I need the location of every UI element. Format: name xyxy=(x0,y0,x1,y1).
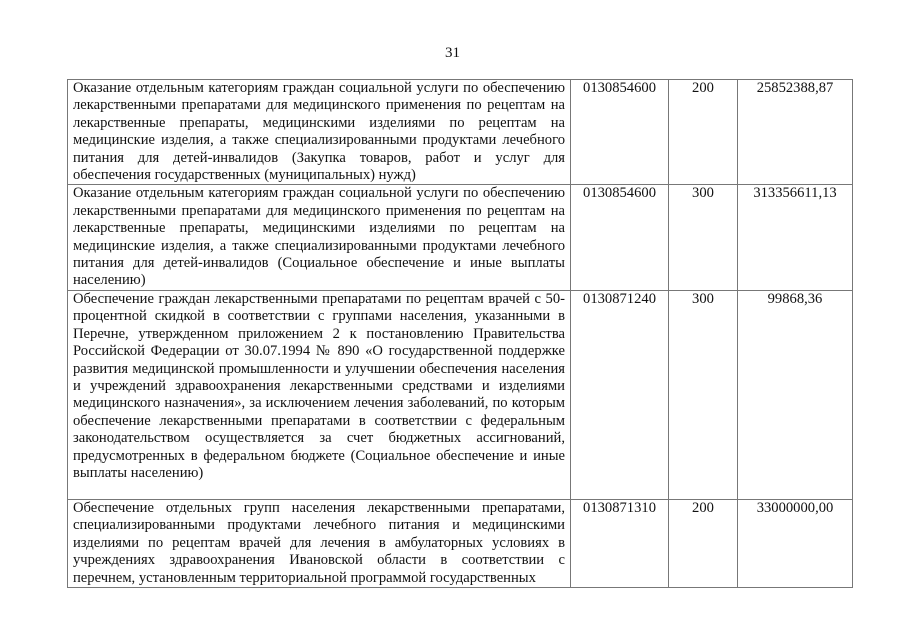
row-expense-type: 200 xyxy=(669,499,738,587)
row-expense-type: 300 xyxy=(669,290,738,499)
row-target-code: 0130854600 xyxy=(571,185,669,290)
row-amount: 313356611,13 xyxy=(738,185,853,290)
table-row: Оказание отдельным категориям граждан со… xyxy=(68,185,853,290)
table-row: Обеспечение отдельных групп населения ле… xyxy=(68,499,853,587)
table-row: Оказание отдельным категориям граждан со… xyxy=(68,80,853,185)
table-row: Обеспечение граждан лекарственными препа… xyxy=(68,290,853,499)
row-target-code: 0130871310 xyxy=(571,499,669,587)
row-description: Оказание отдельным категориям граждан со… xyxy=(68,80,571,185)
row-expense-type: 300 xyxy=(669,185,738,290)
row-amount: 99868,36 xyxy=(738,290,853,499)
row-expense-type: 200 xyxy=(669,80,738,185)
row-target-code: 0130854600 xyxy=(571,80,669,185)
page-number: 31 xyxy=(0,44,905,62)
row-description: Обеспечение граждан лекарственными препа… xyxy=(68,290,571,499)
row-target-code: 0130871240 xyxy=(571,290,669,499)
row-description: Обеспечение отдельных групп населения ле… xyxy=(68,499,571,587)
budget-table: Оказание отдельным категориям граждан со… xyxy=(67,79,853,588)
row-amount: 33000000,00 xyxy=(738,499,853,587)
row-description: Оказание отдельным категориям граждан со… xyxy=(68,185,571,290)
row-amount: 25852388,87 xyxy=(738,80,853,185)
